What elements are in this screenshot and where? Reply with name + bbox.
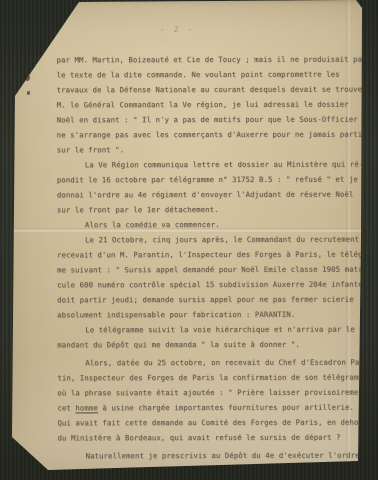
document-page: - 2 - par MM. Martin, Boizeauté et Cie d… [0,0,378,480]
text-line: sur le front par le 1er détachement. [57,202,367,218]
text-line: donnai l'ordre au 4e régiment d'envoyer … [57,187,367,203]
underlined-word: homme [75,403,97,412]
scan-background: - 2 - par MM. Martin, Boizeauté et Cie d… [0,0,378,480]
text-line: Naturellement je prescrivis au Dépôt du … [57,448,367,464]
text-line: ne s'arrange pas avec les commerçants d'… [57,127,367,143]
text-line: du Ministère à Bordeaux, qui avait refus… [57,430,367,446]
text-line: pondit le 16 octobre par télégramme n° 3… [57,172,367,188]
text-line: M. le Général Commandant la Ve région, j… [57,97,367,113]
text-line: doit partir jeudi; demande sursis appel … [57,292,367,308]
paper-speck [25,75,30,81]
text-line: sur le front ". [57,142,367,158]
text-line: où la phrase suivante était ajoutée : " … [57,385,367,401]
text-line: cet homme à usine chargée importantes fo… [57,400,367,416]
text-line: tin, Inspecteur des Forges de Paris la c… [57,370,367,386]
text-line: recevait d'un M. Parantin, l'Inspecteur … [57,247,367,263]
text-line: Le 21 Octobre, cinq jours après, le Comm… [57,232,367,248]
text-line: le texte de la dite commande. Ne voulant… [57,67,367,83]
paper-speck [27,91,30,95]
text-line: par MM. Martin, Boizeauté et Cie de Touc… [56,52,366,68]
text-line: Alors, datée du 25 octobre, on recevait … [57,355,367,371]
page-number: - 2 - [160,25,194,34]
text-line: mandant du Dépôt qui me demanda " la sui… [57,337,367,353]
text-line: Le télégramme suivit la voie hiérarchiqu… [57,322,367,338]
text-line: travaux de la Défense Nationale au coura… [57,82,367,98]
text-line: Noël en disant : " Il n'y a pas de motif… [57,112,367,128]
text-line: La Ve Région communiqua lettre et dossie… [57,157,367,173]
text-line: me suivant : " Sursis appel demandé pour… [57,262,367,278]
text-line: Qui avait fait cette demande au Comité d… [57,415,367,431]
text-line: Alors la comédie va commencer. [57,217,367,233]
text-body: par MM. Martin, Boizeauté et Cie de Touc… [56,52,367,464]
text-line: cule 600 numéro contrôle spécial 15 subd… [57,277,367,293]
text-line: absolument indispensable pour fabricatio… [57,307,367,323]
